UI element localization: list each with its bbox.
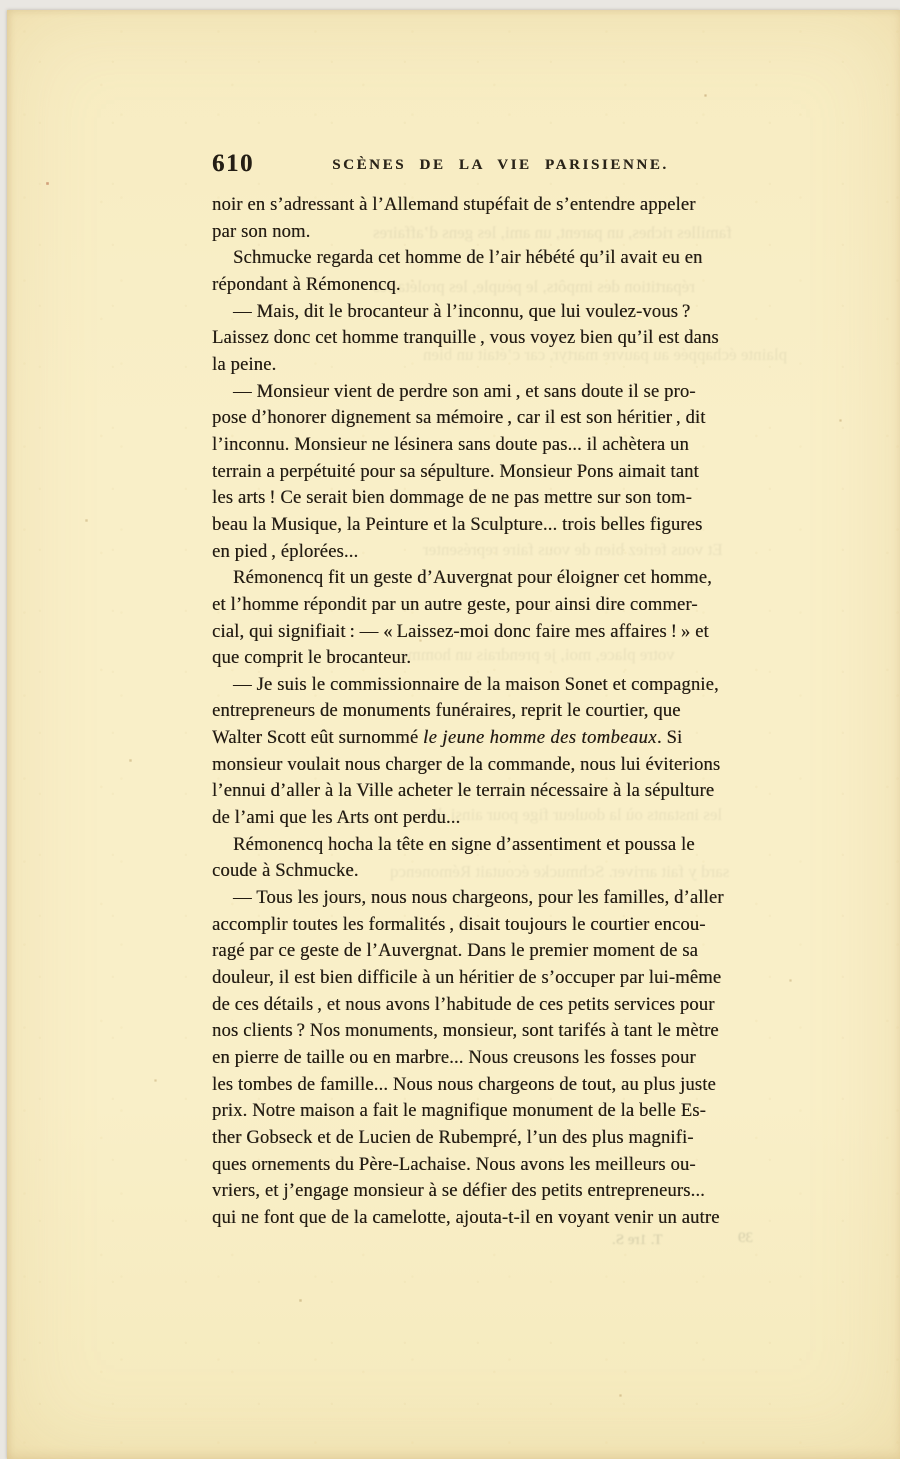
text-line: et l’homme répondit par un autre geste, … [212, 592, 789, 619]
text-line: par son nom. [212, 219, 789, 246]
text-line: — Je suis le commissionnaire de la maiso… [212, 672, 789, 699]
text-line: les arts ! Ce serait bien dommage de ne … [212, 485, 789, 512]
text-segment: vriers, et j’engage monsieur à se défier… [212, 1180, 705, 1201]
text-segment: beau la Musique, la Peinture et la Sculp… [212, 514, 702, 535]
text-segment: les arts ! Ce serait bien dommage de ne … [212, 487, 692, 508]
text-segment: en pied , éplorées... [212, 541, 358, 562]
text-segment: Schmucke regarda cet homme de l’air hébé… [233, 247, 703, 268]
paper-specks [7, 10, 8, 11]
text-line: — Tous les jours, nous nous chargeons, p… [212, 885, 789, 912]
text-line: Laissez donc cet homme tranquille , vous… [212, 325, 789, 352]
text-segment: — Je suis le commissionnaire de la maiso… [233, 674, 719, 695]
text-line: Rémonencq fit un geste d’Auvergnat pour … [212, 565, 789, 592]
text-segment: et l’homme répondit par un autre geste, … [212, 594, 698, 615]
text-segment: Rémonencq fit un geste d’Auvergnat pour … [233, 567, 712, 588]
text-line: ragé par ce geste de l’Auvergnat. Dans l… [212, 938, 789, 965]
text-segment: la peine. [212, 354, 276, 375]
text-segment: — Mais, dit le brocanteur à l’inconnu, q… [233, 301, 690, 322]
text-segment: monsieur voulait nous charger de la comm… [212, 754, 720, 775]
text-segment: terrain a perpétuité pour sa sépulture. … [212, 461, 699, 482]
text-line: Schmucke regarda cet homme de l’air hébé… [212, 245, 789, 272]
text-segment: par son nom. [212, 221, 310, 242]
text-segment: — Tous les jours, nous nous chargeons, p… [233, 887, 724, 908]
text-segment: . Si [657, 727, 682, 748]
text-line: cial, qui signifiait : — « Laissez-moi d… [212, 619, 789, 646]
text-segment: répondant à Rémonencq. [212, 274, 401, 295]
text-line: l’ennui d’aller à la Ville acheter le te… [212, 778, 789, 805]
text-line: que comprit le brocanteur. [212, 645, 789, 672]
text-line: en pied , éplorées... [212, 539, 789, 566]
text-line: monsieur voulait nous charger de la comm… [212, 752, 789, 779]
text-line: l’inconnu. Monsieur ne lésinera sans dou… [212, 432, 789, 459]
text-segment: entrepreneurs de monuments funéraires, r… [212, 700, 681, 721]
text-segment: coude à Schmucke. [212, 860, 359, 881]
text-line: terrain a perpétuité pour sa sépulture. … [212, 459, 789, 486]
text-segment: accomplir toutes les formalités , disait… [212, 914, 706, 935]
text-line: coude à Schmucke. [212, 858, 789, 885]
text-line: — Mais, dit le brocanteur à l’inconnu, q… [212, 299, 789, 326]
text-segment: nos clients ? Nos monuments, monsieur, s… [212, 1020, 719, 1041]
text-segment: de l’ami que les Arts ont perdu... [212, 807, 460, 828]
text-line: qui ne font que de la camelotte, ajouta-… [212, 1205, 789, 1232]
text-line: accomplir toutes les formalités , disait… [212, 912, 789, 939]
text-line: entrepreneurs de monuments funéraires, r… [212, 698, 789, 725]
text-line: nos clients ? Nos monuments, monsieur, s… [212, 1018, 789, 1045]
text-segment: prix. Notre maison a fait le magnifique … [212, 1100, 706, 1121]
text-segment: noir en s’adressant à l’Allemand stupéfa… [212, 194, 696, 215]
text-line: vriers, et j’engage monsieur à se défier… [212, 1178, 789, 1205]
text-segment: les tombes de famille... Nous nous charg… [212, 1074, 716, 1095]
text-segment: de ces détails , et nous avons l’habitud… [212, 994, 715, 1015]
book-page-scan: 610 SCÈNES DE LA VIE PARISIENNE. noir en… [7, 10, 900, 1459]
text-line: la peine. [212, 352, 789, 379]
bleedthrough-text: 39 [738, 1231, 753, 1246]
text-line: de ces détails , et nous avons l’habitud… [212, 992, 789, 1019]
text-segment: pose d’honorer dignement sa mémoire , ca… [212, 407, 706, 428]
text-line: beau la Musique, la Peinture et la Sculp… [212, 512, 789, 539]
text-line: Rémonencq hocha la tête en signe d’assen… [212, 832, 789, 859]
text-segment: ques ornements du Père-Lachaise. Nous av… [212, 1154, 696, 1175]
text-segment: Laissez donc cet homme tranquille , vous… [212, 327, 719, 348]
text-line: de l’ami que les Arts ont perdu... [212, 805, 789, 832]
text-segment: l’inconnu. Monsieur ne lésinera sans dou… [212, 434, 689, 455]
text-line: Walter Scott eût surnommé le jeune homme… [212, 725, 789, 752]
text-segment: Rémonencq hocha la tête en signe d’assen… [233, 834, 695, 855]
text-line: prix. Notre maison a fait le magnifique … [212, 1098, 789, 1125]
text-segment: — Monsieur vient de perdre son ami , et … [233, 381, 696, 402]
text-segment: qui ne font que de la camelotte, ajouta-… [212, 1207, 720, 1228]
bleedthrough-text: T. 1re S. [612, 1233, 663, 1248]
text-line: douleur, il est bien difficile à un héri… [212, 965, 789, 992]
text-segment: l’ennui d’aller à la Ville acheter le te… [212, 780, 714, 801]
text-line: noir en s’adressant à l’Allemand stupéfa… [212, 192, 789, 219]
text-line: en pierre de taille ou en marbre... Nous… [212, 1045, 789, 1072]
text-segment: ther Gobseck et de Lucien de Rubempré, l… [212, 1127, 694, 1148]
text-line: ques ornements du Père-Lachaise. Nous av… [212, 1152, 789, 1179]
text-segment: cial, qui signifiait : — « Laissez-moi d… [212, 621, 709, 642]
text-line: — Monsieur vient de perdre son ami , et … [212, 379, 789, 406]
text-line: répondant à Rémonencq. [212, 272, 789, 299]
body-text: noir en s’adressant à l’Allemand stupéfa… [212, 192, 789, 1232]
text-line: pose d’honorer dignement sa mémoire , ca… [212, 405, 789, 432]
text-line: les tombes de famille... Nous nous charg… [212, 1072, 789, 1099]
text-segment: en pierre de taille ou en marbre... Nous… [212, 1047, 696, 1068]
italic-phrase: le jeune homme des tombeaux [423, 727, 657, 748]
text-segment: que comprit le brocanteur. [212, 647, 411, 668]
text-segment: ragé par ce geste de l’Auvergnat. Dans l… [212, 940, 698, 961]
text-segment: douleur, il est bien difficile à un héri… [212, 967, 721, 988]
running-head: SCÈNES DE LA VIE PARISIENNE. [212, 157, 789, 174]
text-line: ther Gobseck et de Lucien de Rubempré, l… [212, 1125, 789, 1152]
text-segment: Walter Scott eût surnommé [212, 727, 423, 748]
